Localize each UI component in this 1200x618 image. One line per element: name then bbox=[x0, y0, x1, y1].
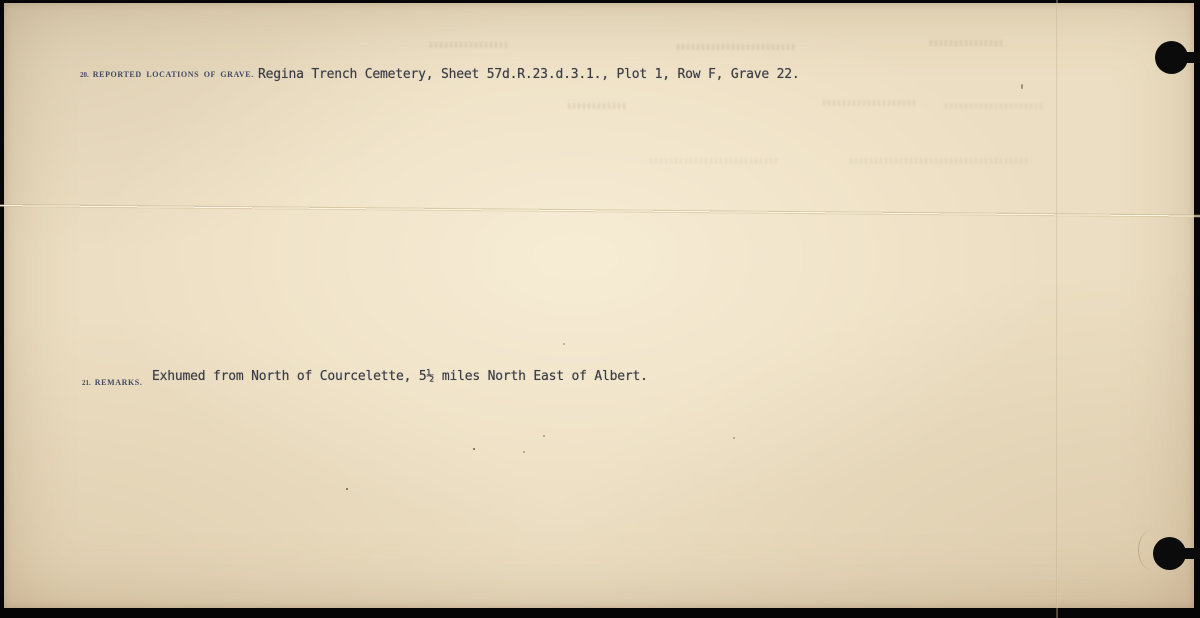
show-through-smudge bbox=[945, 103, 1045, 109]
field-21-typewritten-value: Exhumed from North of Courcelette, 5½ mi… bbox=[152, 369, 648, 384]
ink-speck bbox=[473, 448, 475, 450]
show-through-smudge bbox=[677, 44, 797, 50]
field-21-label-text: REMARKS. bbox=[95, 378, 143, 387]
field-21-number: 21. bbox=[82, 379, 91, 387]
punch-hole-bottom bbox=[1153, 537, 1186, 570]
field-20-label-text: REPORTED LOCATIONS OF GRAVE. bbox=[93, 70, 254, 79]
show-through-smudge bbox=[650, 158, 780, 164]
field-21-label: 21.REMARKS. bbox=[82, 378, 142, 387]
field-20-label: 20.REPORTED LOCATIONS OF GRAVE. bbox=[80, 70, 254, 79]
ink-speck bbox=[523, 451, 525, 453]
vertical-fold-crease bbox=[1056, 0, 1058, 618]
ink-speck bbox=[1021, 84, 1023, 89]
ink-speck bbox=[543, 435, 545, 437]
ink-speck bbox=[733, 437, 735, 439]
punch-hole-top bbox=[1155, 41, 1188, 74]
show-through-smudge bbox=[430, 42, 510, 48]
show-through-smudge bbox=[850, 158, 1030, 164]
field-20-typewritten-value: Regina Trench Cemetery, Sheet 57d.R.23.d… bbox=[258, 67, 800, 82]
ink-speck bbox=[563, 343, 565, 345]
show-through-smudge bbox=[823, 100, 918, 106]
show-through-smudge bbox=[568, 103, 628, 109]
scanned-document: 20.REPORTED LOCATIONS OF GRAVE. Regina T… bbox=[0, 0, 1200, 618]
field-20-number: 20. bbox=[80, 71, 89, 79]
show-through-smudge bbox=[930, 40, 1005, 46]
ink-speck bbox=[346, 488, 348, 490]
paper-sheet bbox=[4, 3, 1194, 608]
